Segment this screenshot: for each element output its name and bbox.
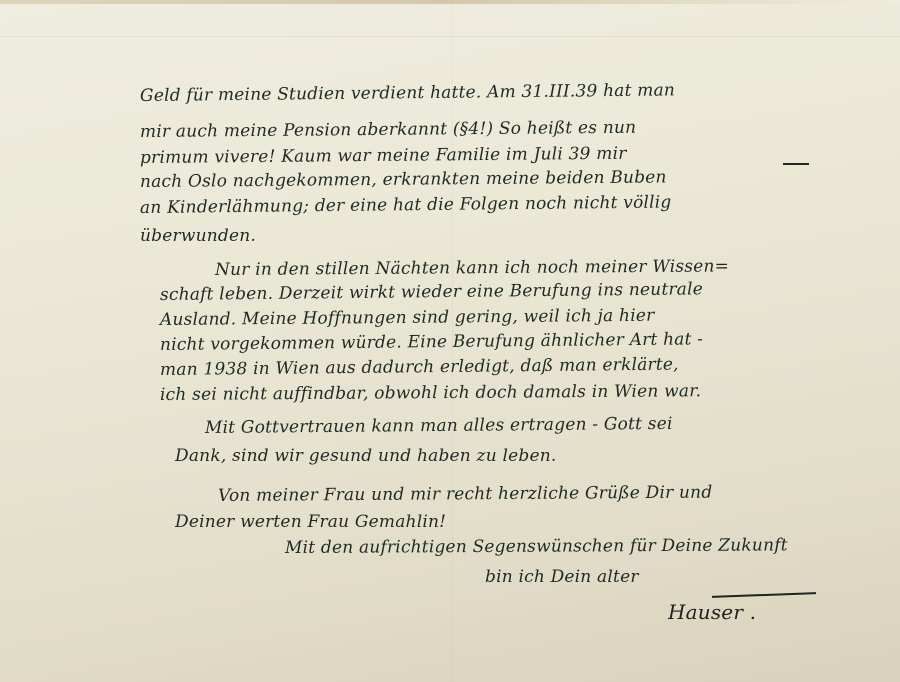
letter-line: Mit Gottvertrauen kann man alles ertrage…	[205, 414, 673, 438]
letter-line: nach Oslo nachgekommen, erkrankten meine…	[140, 167, 667, 192]
letter-line: Nur in den stillen Nächten kann ich noch…	[215, 256, 729, 280]
closing-line: Mit den aufrichtigen Segenswünschen für …	[285, 535, 788, 558]
letter-line: Von meiner Frau und mir recht herzliche …	[218, 483, 713, 506]
letter-line: primum vivere! Kaum war meine Familie im…	[140, 144, 627, 168]
letter-line: ich sei nicht auffindbar, obwohl ich doc…	[160, 381, 701, 405]
letter-line: Deiner werten Frau Gemahlin!	[175, 512, 446, 532]
letter-line: an Kinderlähmung; der eine hat die Folge…	[140, 192, 672, 218]
letter-line: schaft leben. Derzeit wirkt wieder eine …	[160, 279, 703, 305]
letter-line: nicht vorgekommen würde. Eine Berufung ä…	[160, 329, 703, 355]
signature: Hauser .	[668, 600, 756, 624]
letter-line: Geld für meine Studien verdient hatte. A…	[140, 78, 880, 106]
letter-line: Dank, sind wir gesund und haben zu leben…	[175, 446, 556, 466]
letter-line: Ausland. Meine Hoffnungen sind gering, w…	[160, 306, 655, 330]
underline-mark	[783, 163, 809, 165]
letter-line: man 1938 in Wien aus dadurch erledigt, d…	[160, 355, 679, 380]
letter-page: Geld für meine Studien verdient hatte. A…	[0, 0, 900, 682]
letter-line: mir auch meine Pension aberkannt (§4!) S…	[140, 118, 636, 142]
letter-line: überwunden.	[140, 226, 256, 246]
closing-line: bin ich Dein alter	[485, 567, 639, 587]
signature-flourish	[712, 592, 816, 598]
